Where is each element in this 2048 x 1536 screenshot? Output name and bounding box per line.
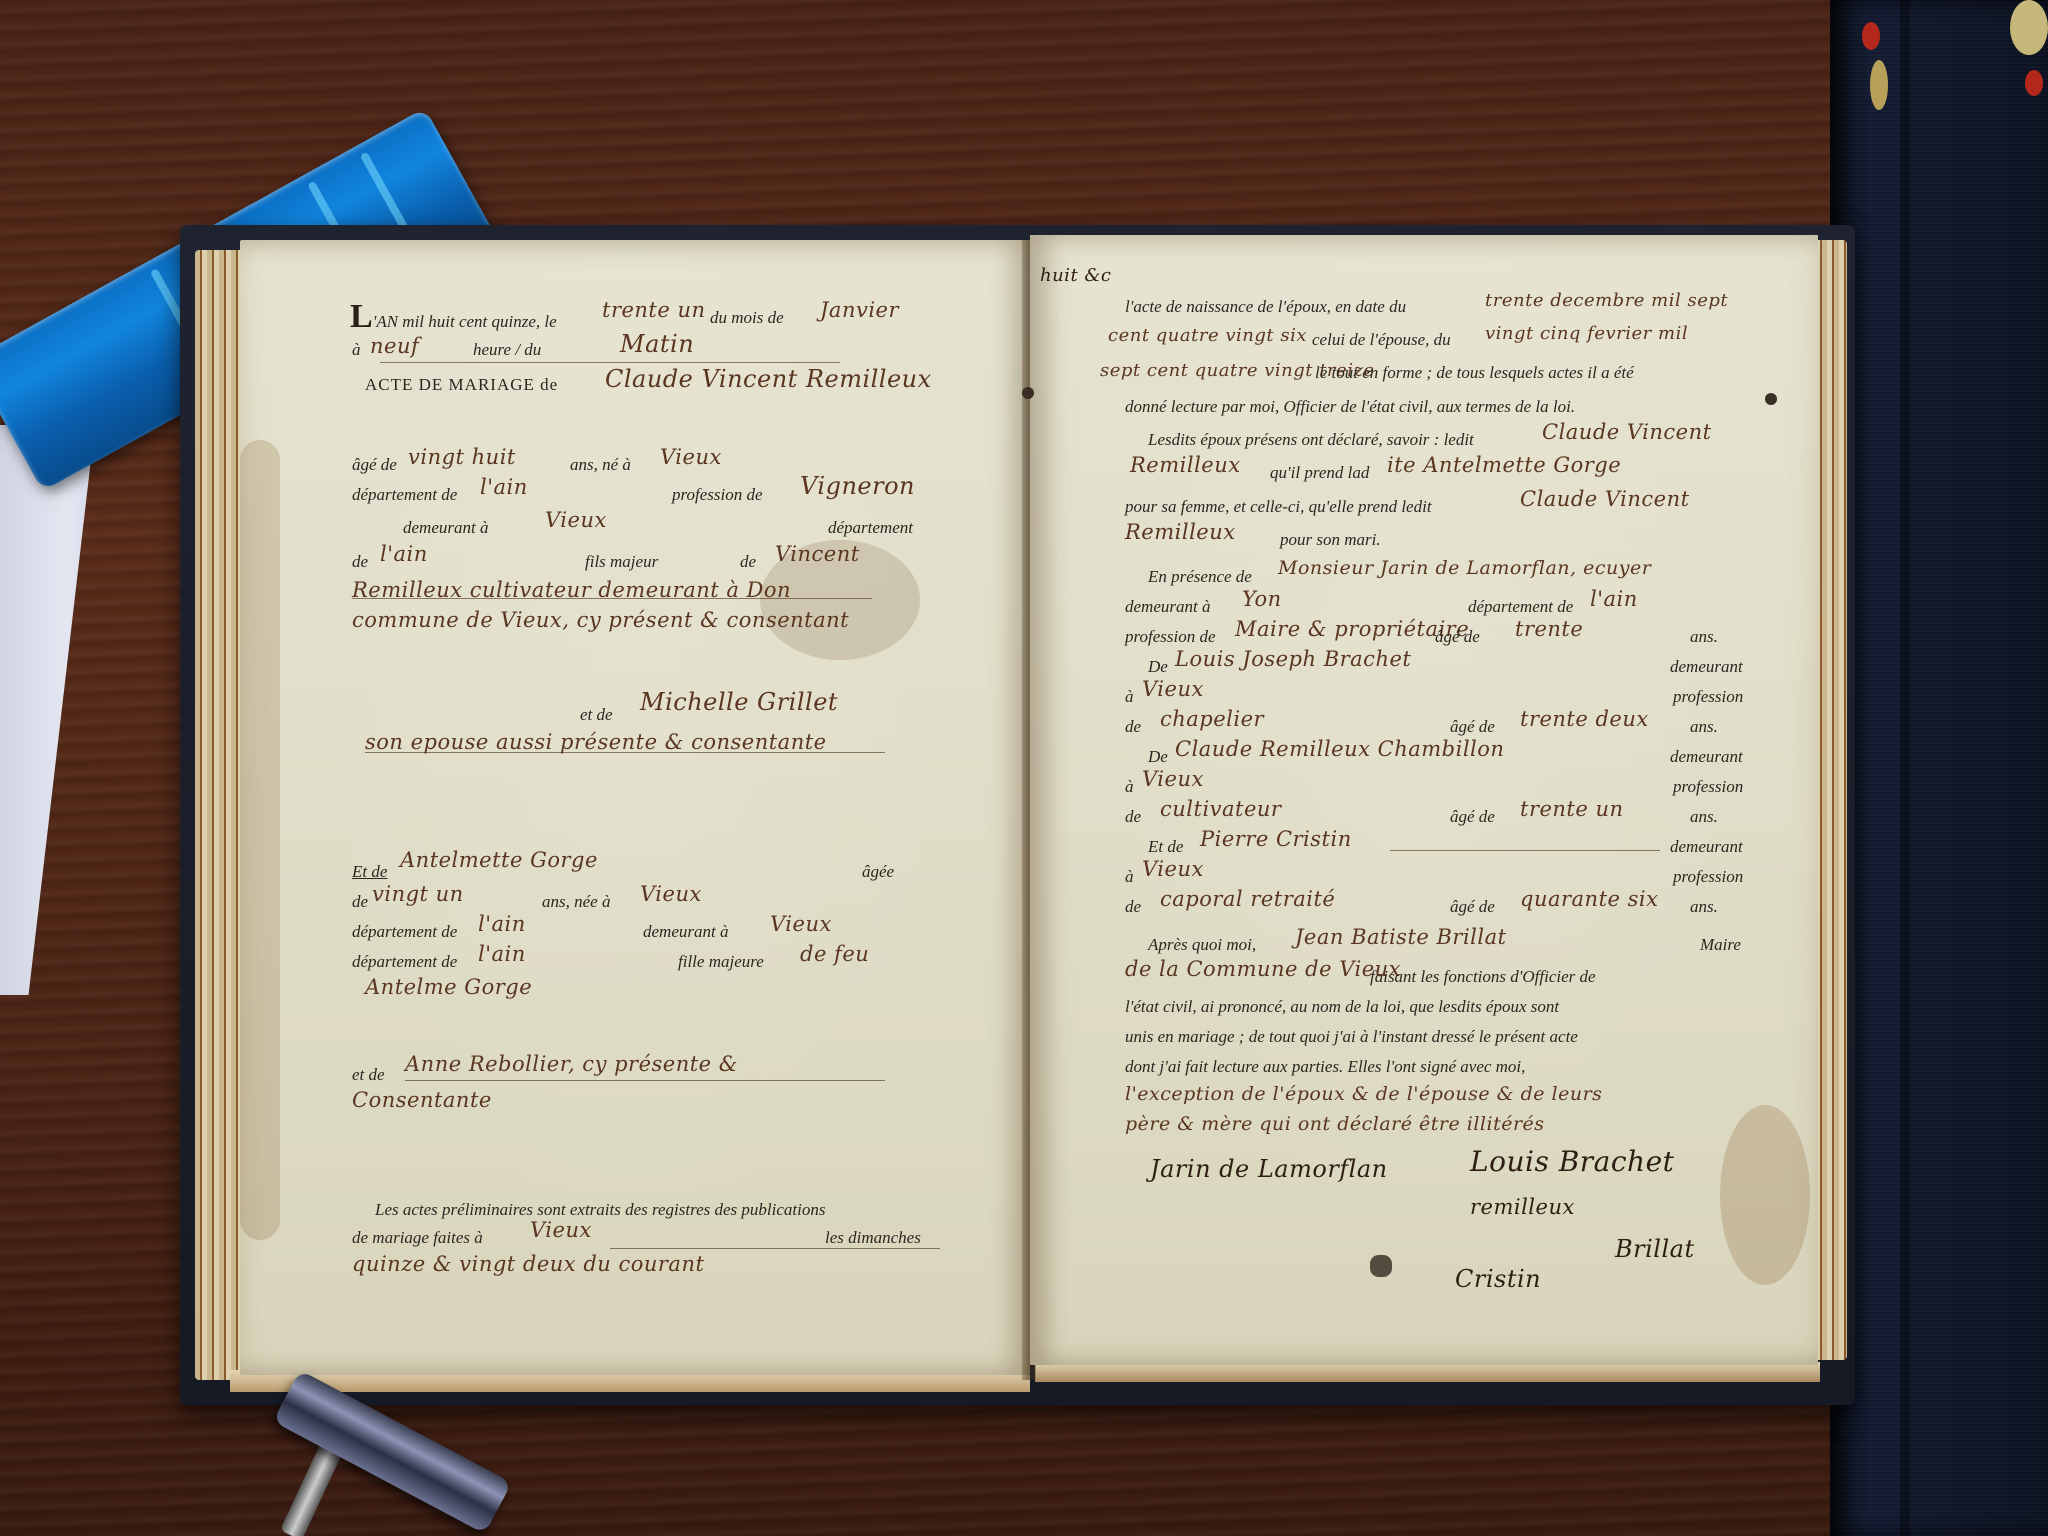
printed-ans-w2: ans. <box>1690 717 1718 737</box>
printed-dimanches: les dimanches <box>825 1228 921 1248</box>
opening-line: L'AN mil huit cent quinze, le <box>350 298 557 336</box>
fabric-fold <box>1900 0 1910 1536</box>
printed-celui-epouse: celui de l'épouse, du <box>1312 330 1451 350</box>
hand-w1-age: trente <box>1515 617 1583 641</box>
printed-a-w4: à <box>1125 867 1134 887</box>
printed-faisant-fonctions: faisant les fonctions d'Officier de <box>1370 967 1596 987</box>
printed-de-w3: De <box>1148 747 1168 767</box>
hand-mother-consent: son epouse aussi présente & consentante <box>365 730 827 754</box>
printed-et-de-w4: Et de <box>1148 837 1183 857</box>
hand-publication-place: Vieux <box>530 1218 592 1242</box>
hand-w2-residence: Vieux <box>1142 677 1204 701</box>
hand-groom-name: Claude Vincent Remilleux <box>605 365 932 393</box>
hand-w2-profession: chapelier <box>1160 707 1264 731</box>
printed-age-w1: âgé de <box>1435 627 1480 647</box>
signature-jarin: Jarin de Lamorflan <box>1150 1155 1388 1183</box>
printed-dept-bride: département de <box>352 922 457 942</box>
printed-ans-w1: ans. <box>1690 627 1718 647</box>
printed-age-w3: âgé de <box>1450 807 1495 827</box>
printed-de-w3-prof: de <box>1125 807 1141 827</box>
printed-demeurant-w2: demeurant <box>1670 657 1743 677</box>
hand-w3-profession: cultivateur <box>1160 797 1281 821</box>
hand-bride-age: vingt un <box>372 882 464 906</box>
hand-bride-birthplace: Vieux <box>640 882 702 906</box>
printed-profession-w1: profession de <box>1125 627 1216 647</box>
hand-dept: l'ain <box>480 475 528 499</box>
hand-bride-father: Antelme Gorge <box>365 975 532 999</box>
hand-hour: neuf <box>370 334 419 358</box>
hand-w4-residence: Vieux <box>1142 857 1204 881</box>
hand-father-consent: commune de Vieux, cy présent & consentan… <box>352 608 849 632</box>
hand-profession: Vigneron <box>800 472 915 500</box>
printed-dept: département de <box>352 485 457 505</box>
printed-age-w4: âgé de <box>1450 897 1495 917</box>
printed-en-presence: En présence de <box>1148 567 1252 587</box>
hand-dept-2: l'ain <box>380 542 428 566</box>
signature-remilleux: remilleux <box>1470 1195 1575 1219</box>
fabric-flower-yellow <box>1870 60 1888 110</box>
hand-w4-profession: caporal retraité <box>1160 887 1335 911</box>
hand-mother-name: Michelle Grillet <box>640 688 838 716</box>
hand-w3-residence: Vieux <box>1142 767 1204 791</box>
printed-demeurant: demeurant à <box>403 518 488 538</box>
printed-profession-w3: profession <box>1673 777 1743 797</box>
printed-departement: département <box>828 518 913 538</box>
navy-fabric <box>1830 0 2048 1536</box>
ink-blot <box>1370 1255 1392 1277</box>
hand-commune: de la Commune de Vieux <box>1125 957 1401 981</box>
hand-mayor-name: Jean Batiste Brillat <box>1295 925 1507 949</box>
hand-month: Janvier <box>820 298 899 322</box>
printed-a-w2: à <box>1125 687 1134 707</box>
hand-witness-4: Pierre Cristin <box>1200 827 1352 851</box>
printed-de-w4-prof: de <box>1125 897 1141 917</box>
hand-residence: Vieux <box>545 508 607 532</box>
printed-age: âgé de <box>352 455 397 475</box>
hand-bride-dept: l'ain <box>478 912 526 936</box>
printed-demeurant-bride: demeurant à <box>643 922 728 942</box>
hand-father-name: Vincent <box>775 542 860 566</box>
printed-pour-son-mari: pour son mari. <box>1280 530 1381 550</box>
hand-groom-surname-2: Remilleux <box>1125 520 1236 544</box>
hand-publication-dates: quinze & vingt deux du courant <box>352 1252 704 1276</box>
hand-bride-residence: Vieux <box>770 912 832 936</box>
printed-demeurant-w1: demeurant à <box>1125 597 1210 617</box>
page-edges-right <box>1815 240 1847 1360</box>
printed-donne-lecture: donné lecture par moi, Officier de l'éta… <box>1125 397 1575 417</box>
hand-day: trente un <box>602 298 706 322</box>
printed-profession-w2: profession <box>1673 687 1743 707</box>
margin-note: huit &c <box>1040 265 1112 286</box>
fabric-flower-yellow-2 <box>2010 0 2048 55</box>
white-paper-sheet <box>0 425 95 995</box>
signature-cristin: Cristin <box>1455 1265 1541 1293</box>
printed-apres-quoi: Après quoi moi, <box>1148 935 1256 955</box>
hand-groom-name-2: Claude Vincent <box>1542 420 1712 444</box>
page-edges-left <box>195 250 245 1380</box>
printed-prend-ladite: qu'il prend lad <box>1270 463 1369 483</box>
hand-groom-birthdate: trente decembre mil sept <box>1485 290 1728 311</box>
printed-ans-w4: ans. <box>1690 897 1718 917</box>
printed-pour-sa-femme: pour sa femme, et celle-ci, qu'elle pren… <box>1125 497 1432 517</box>
right-page: huit &c l'acte de naissance de l'époux, … <box>1030 235 1818 1365</box>
printed-etat-civil: l'état civil, ai prononcé, au nom de la … <box>1125 997 1559 1017</box>
printed-month-label: du mois de <box>710 308 784 328</box>
hand-annotation-2: père & mère qui ont déclaré être illitér… <box>1125 1113 1545 1135</box>
printed-fille-majeure: fille majeure <box>678 952 764 972</box>
printed-de-w2: De <box>1148 657 1168 677</box>
printed-et-de-bride: Et de <box>352 862 387 882</box>
printed-faites-a: de mariage faites à <box>352 1228 483 1248</box>
printed-unis-mariage: unis en mariage ; de tout quoi j'ai à l'… <box>1125 1027 1578 1047</box>
printed-de-3: de <box>352 892 368 912</box>
printed-a: à <box>352 340 361 360</box>
hand-bride-name: Antelmette Gorge <box>400 848 598 872</box>
hand-bride-mother-consent: Consentante <box>352 1088 492 1112</box>
printed-de: de <box>352 552 368 572</box>
hand-w1-dept: l'ain <box>1590 587 1638 611</box>
printed-dept-bride-2: département de <box>352 952 457 972</box>
hand-witness-3: Claude Remilleux Chambillon <box>1175 737 1504 761</box>
printed-fils: fils majeur <box>585 552 658 572</box>
printed-de-w2-prof: de <box>1125 717 1141 737</box>
printed-agee: âgée <box>862 862 894 882</box>
printed-demeurant-w3: demeurant <box>1670 747 1743 767</box>
printed-demeurant-w4: demeurant <box>1670 837 1743 857</box>
printed-profession-w4: profession <box>1673 867 1743 887</box>
hand-w1-residence: Yon <box>1242 587 1282 611</box>
hand-time: Matin <box>620 330 694 358</box>
hand-bride-relation: de feu <box>800 942 869 966</box>
hand-bride-name-2: ite Antelmette Gorge <box>1387 453 1621 477</box>
hand-age: vingt huit <box>408 445 516 469</box>
signature-brillat: Brillat <box>1615 1235 1695 1263</box>
printed-acte-naissance: l'acte de naissance de l'époux, en date … <box>1125 297 1406 317</box>
hand-bride-dept-2: l'ain <box>478 942 526 966</box>
printed-ans-w3: ans. <box>1690 807 1718 827</box>
printed-lesdits-epoux: Lesdits époux présens ont déclaré, savoi… <box>1148 430 1474 450</box>
hand-w3-age: trente un <box>1520 797 1624 821</box>
printed-lecture-parties: dont j'ai fait lecture aux parties. Elle… <box>1125 1057 1525 1077</box>
left-page: L'AN mil huit cent quinze, le trente un … <box>240 240 1030 1375</box>
printed-nee: ans, née à <box>542 892 610 912</box>
printed-tout-en-forme: le tout en forme ; de tous lesquels acte… <box>1315 363 1634 383</box>
page-edges-bottom-right <box>1035 1362 1820 1382</box>
printed-heure: heure / du <box>473 340 541 360</box>
hand-w2-age: trente deux <box>1520 707 1649 731</box>
acte-de-mariage-heading: ACTE DE MARIAGE de <box>365 375 558 395</box>
fabric-flower-red-2 <box>2025 70 2043 96</box>
printed-de-2: de <box>740 552 756 572</box>
hand-birthplace: Vieux <box>660 445 722 469</box>
printed-et-de: et de <box>580 705 613 725</box>
hand-w4-age: quarante six <box>1520 887 1658 911</box>
printed-profession: profession de <box>672 485 763 505</box>
hand-witness-2: Louis Joseph Brachet <box>1175 647 1411 671</box>
hand-groom-surname: Remilleux <box>1130 453 1241 477</box>
hand-groom-birthdate-2: cent quatre vingt six <box>1108 325 1307 346</box>
printed-ne: ans, né à <box>570 455 631 475</box>
hand-bride-birthdate: vingt cinq fevrier mil <box>1485 323 1688 344</box>
hand-groom-name-3: Claude Vincent <box>1520 487 1690 511</box>
fabric-flower-red <box>1862 22 1880 50</box>
hand-witness-1: Monsieur Jarin de Lamorflan, ecuyer <box>1278 557 1651 579</box>
hand-annotation-1: l'exception de l'époux & de l'épouse & d… <box>1125 1083 1602 1105</box>
printed-et-de-mother: et de <box>352 1065 385 1085</box>
printed-preliminaires: Les actes préliminaires sont extraits de… <box>375 1200 825 1220</box>
printed-a-w3: à <box>1125 777 1134 797</box>
printed-maire: Maire <box>1700 935 1741 955</box>
signature-brachet: Louis Brachet <box>1470 1145 1674 1178</box>
hand-bride-mother: Anne Rebollier, cy présente & <box>405 1052 738 1076</box>
printed-age-w2: âgé de <box>1450 717 1495 737</box>
printed-dept-w1: département de <box>1468 597 1573 617</box>
